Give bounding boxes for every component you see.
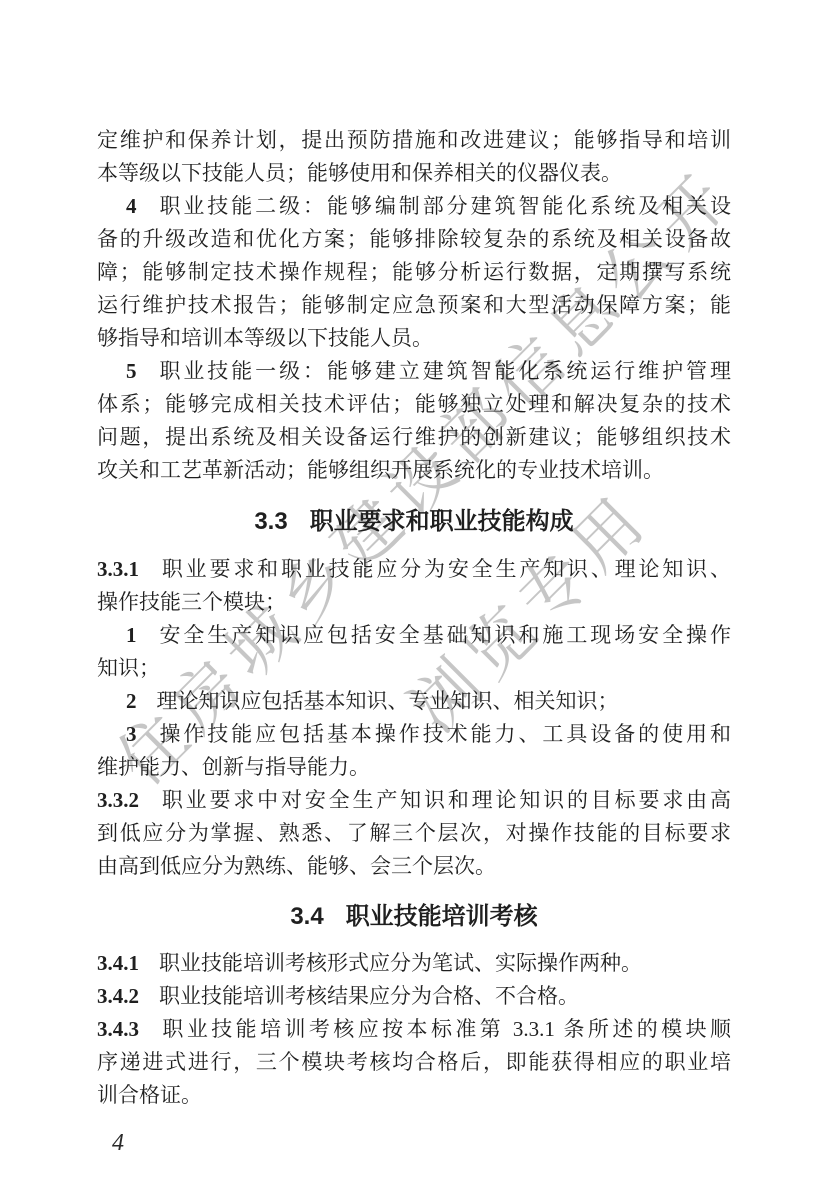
body-line: 备的升级改造和优化方案；能够排除较复杂的系统及相关设备故 [97, 223, 731, 256]
body-line: 3.4.1职业技能培训考核形式应分为笔试、实际操作两种。 [97, 947, 731, 980]
section-title: 职业要求和职业技能构成 [310, 508, 574, 535]
body-line: 3.3.2职业要求中对安全生产知识和理论知识的目标要求由高 [97, 784, 731, 817]
line-text: 备的升级改造和优化方案；能够排除较复杂的系统及相关设备故 [97, 227, 731, 251]
line-text: 到低应分为掌握、熟悉、了解三个层次，对操作技能的目标要求 [97, 821, 731, 845]
body-line: 1安全生产知识应包括安全基础知识和施工现场安全操作 [97, 619, 731, 652]
line-text: 问题，提出系统及相关设备运行维护的创新建议；能够组织技术 [97, 425, 731, 449]
body-line: 够指导和培训本等级以下技能人员。 [97, 322, 731, 355]
line-text: 体系；能够完成相关技术评估；能够独立处理和解决复杂的技术 [97, 392, 731, 416]
line-text: 攻关和工艺革新活动；能够组织开展系统化的专业技术培训。 [97, 458, 664, 482]
body-line: 操作技能三个模块； [97, 586, 731, 619]
line-text: 职业要求中对安全生产知识和理论知识的目标要求由高 [159, 788, 731, 812]
body-line: 3操作技能应包括基本操作技术能力、工具设备的使用和 [97, 718, 731, 751]
body-line: 序递进式进行，三个模块考核均合格后，即能获得相应的职业培 [97, 1046, 731, 1079]
body-line: 问题，提出系统及相关设备运行维护的创新建议；能够组织技术 [97, 421, 731, 454]
document-page: 住房城乡建设部信息公开 浏览专用 定维护和保养计划，提出预防措施和改进建议；能够… [0, 0, 828, 1198]
page-number: 4 [112, 1130, 124, 1157]
line-text: 序递进式进行，三个模块考核均合格后，即能获得相应的职业培 [97, 1050, 731, 1074]
body-line: 障；能够制定技术操作规程；能够分析运行数据，定期撰写系统 [97, 256, 731, 289]
line-text: 职业要求和职业技能应分为安全生产知识、理论知识、 [159, 557, 731, 581]
body-line: 3.3.1职业要求和职业技能应分为安全生产知识、理论知识、 [97, 553, 731, 586]
body-line: 攻关和工艺革新活动；能够组织开展系统化的专业技术培训。 [97, 454, 731, 487]
item-number: 5 [126, 359, 137, 383]
body-line: 4职业技能二级：能够编制部分建筑智能化系统及相关设 [97, 190, 731, 223]
body-line: 定维护和保养计划，提出预防措施和改进建议；能够指导和培训 [97, 124, 731, 157]
section-title: 职业技能培训考核 [346, 903, 538, 930]
line-text: 职业技能二级：能够编制部分建筑智能化系统及相关设 [157, 194, 732, 218]
line-text: 运行维护技术报告；能够制定应急预案和大型活动保障方案；能 [97, 293, 731, 317]
line-text: 本等级以下技能人员；能够使用和保养相关的仪器仪表。 [97, 161, 622, 185]
clause-number: 3.3.1 [97, 557, 139, 581]
body-line: 训合格证。 [97, 1079, 731, 1112]
body-line: 2理论知识应包括基本知识、专业知识、相关知识； [97, 685, 731, 718]
line-text: 训合格证。 [97, 1083, 202, 1107]
section-heading-3-3: 3.3职业要求和职业技能构成 [97, 503, 731, 541]
page-body: 定维护和保养计划，提出预防措施和改进建议；能够指导和培训 本等级以下技能人员；能… [97, 124, 731, 1112]
line-text: 定维护和保养计划，提出预防措施和改进建议；能够指导和培训 [97, 128, 731, 152]
line-text: 职业技能培训考核结果应分为合格、不合格。 [159, 984, 579, 1008]
item-number: 3 [126, 722, 137, 746]
body-line: 由高到低应分为熟练、能够、会三个层次。 [97, 850, 731, 883]
line-text: 操作技能应包括基本操作技术能力、工具设备的使用和 [157, 722, 732, 746]
section-number: 3.3 [254, 508, 287, 535]
clause-number: 3.3.2 [97, 788, 139, 812]
line-text: 障；能够制定技术操作规程；能够分析运行数据，定期撰写系统 [97, 260, 731, 284]
section-number: 3.4 [290, 903, 323, 930]
body-line: 维护能力、创新与指导能力。 [97, 751, 731, 784]
body-line: 到低应分为掌握、熟悉、了解三个层次，对操作技能的目标要求 [97, 817, 731, 850]
body-line: 体系；能够完成相关技术评估；能够独立处理和解决复杂的技术 [97, 388, 731, 421]
body-line: 3.4.3职业技能培训考核应按本标准第 3.3.1 条所述的模块顺 [97, 1013, 731, 1046]
body-line: 本等级以下技能人员；能够使用和保养相关的仪器仪表。 [97, 157, 731, 190]
body-line: 3.4.2职业技能培训考核结果应分为合格、不合格。 [97, 980, 731, 1013]
clause-number: 3.4.3 [97, 1017, 139, 1041]
clause-number: 3.4.1 [97, 951, 139, 975]
line-text: 由高到低应分为熟练、能够、会三个层次。 [97, 854, 496, 878]
line-text: 职业技能一级：能够建立建筑智能化系统运行维护管理 [157, 359, 732, 383]
line-text: 操作技能三个模块； [97, 590, 286, 614]
body-line: 运行维护技术报告；能够制定应急预案和大型活动保障方案；能 [97, 289, 731, 322]
section-heading-3-4: 3.4职业技能培训考核 [97, 898, 731, 936]
line-text: 知识； [97, 656, 160, 680]
body-line: 5职业技能一级：能够建立建筑智能化系统运行维护管理 [97, 355, 731, 388]
item-number: 4 [126, 194, 137, 218]
line-text: 职业技能培训考核应按本标准第 3.3.1 条所述的模块顺 [159, 1017, 731, 1041]
item-number: 1 [126, 623, 137, 647]
line-text: 维护能力、创新与指导能力。 [97, 755, 370, 779]
item-number: 2 [126, 689, 137, 713]
line-text: 理论知识应包括基本知识、专业知识、相关知识； [157, 689, 619, 713]
line-text: 够指导和培训本等级以下技能人员。 [97, 326, 433, 350]
line-text: 职业技能培训考核形式应分为笔试、实际操作两种。 [159, 951, 642, 975]
body-line: 知识； [97, 652, 731, 685]
clause-number: 3.4.2 [97, 984, 139, 1008]
line-text: 安全生产知识应包括安全基础知识和施工现场安全操作 [157, 623, 732, 647]
